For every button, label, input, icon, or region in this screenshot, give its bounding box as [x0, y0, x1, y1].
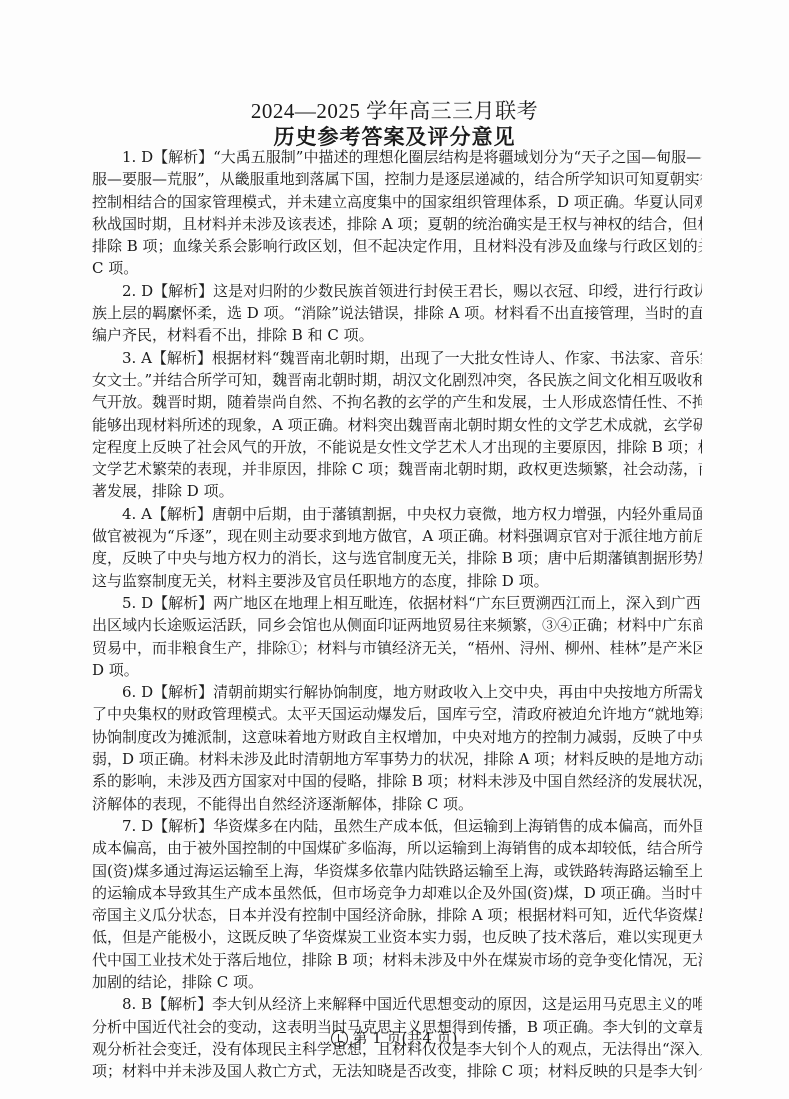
answer-text-line: 的运输成本导致其生产成本虽然低，但市场竞争力却难以企及外国(资)煤，D 项正确。…: [92, 882, 702, 904]
answer-text-line: 定程度上反映了社会风气的开放，不能说是女性文学艺术人才出现的主要原因，排除 B …: [92, 436, 702, 458]
answer-item: 3. A【解析】根据材料“魏晋南北朝时期，出现了一大批女性诗人、作家、书法家、音…: [92, 347, 702, 503]
answer-text-line: 低，但是产能极小，这既反映了华资煤炭工业资本实力弱，也反映了技术落后，难以实现更…: [92, 926, 702, 948]
answer-text-line: 著发展，排除 D 项。: [92, 480, 702, 502]
answer-heading-line: 4. A【解析】唐朝中后期，由于藩镇割据，中央权力衰微，地方权力增强，内轻外重局…: [92, 503, 702, 525]
answer-item: 6. D【解析】清朝前期实行解协饷制度，地方财政收入上交中央，再由中央按地方所需…: [92, 681, 702, 815]
answer-text-line: 编户齐民，材料看不出，排除 B 和 C 项。: [92, 324, 702, 346]
answer-heading-line: 6. D【解析】清朝前期实行解协饷制度，地方财政收入上交中央，再由中央按地方所需…: [92, 681, 702, 703]
answer-text-line: 济解体的表现，不能得出自然经济逐渐解体，排除 C 项。: [92, 793, 702, 815]
answer-body: 1. D【解析】“大禹五服制”中描述的理想化圈层结构是将疆域划分为“天子之国—甸…: [92, 146, 702, 1082]
answer-heading-line: 2. D【解析】这是对归附的少数民族首领进行封侯王君长，赐以衣冠、印绶，进行行政…: [92, 280, 702, 302]
answer-text-line: 排除 B 项；血缘关系会影响行政区划，但不起决定作用，且材料没有涉及血缘与行政区…: [92, 235, 702, 257]
answer-text-line: 帝国主义瓜分状态，日本并没有控制中国经济命脉，排除 A 项；根据材料可知，近代华…: [92, 904, 702, 926]
answer-text-line: 出区域内长途贩运活跃，同乡会馆也从侧面印证两地贸易往来频繁，③④正确；材料中广东…: [92, 614, 702, 636]
document-page: 2024—2025 学年高三三月联考 历史参考答案及评分意见 1. D【解析】“…: [0, 0, 789, 1099]
answer-text-line: 代中国工业技术处于落后地位，排除 B 项；材料未涉及中外在煤炭市场的竞争变化情况…: [92, 949, 702, 971]
answer-text-line: 做官被视为“斥逐”，现在则主动要求到地方做官，A 项正确。材料强调京官对于派往地…: [92, 525, 702, 547]
answer-text-line: 控制相结合的国家管理模式，并未建立高度集中的国家组织管理体系，D 项正确。华夏认…: [92, 191, 702, 213]
answer-text-line: 协饷制度改为摊派制，这意味着地方财政自主权增加，中央对地方的控制力减弱，反映了中…: [92, 726, 702, 748]
answer-heading-line: 8. B【解析】李大钊从经济上来解释中国近代思想变动的原因，这是运用马克思主义的…: [92, 993, 702, 1015]
answer-heading-line: 5. D【解析】两广地区在地理上相互毗连，依据材料“广东巨贾溯西江而上，深入到广…: [92, 592, 702, 614]
answer-text-line: 贸易中，而非粮食生产，排除①；材料与市镇经济无关，“梧州、浔州、柳州、桂林”是产…: [92, 637, 702, 659]
answer-text-line: 文学艺术繁荣的表现，并非原因，排除 C 项；魏晋南北朝时期，政权更迭频繁，社会动…: [92, 458, 702, 480]
answer-text-line: C 项。: [92, 257, 702, 279]
answer-text-line: 系的影响，未涉及西方国家对中国的侵略，排除 B 项；材料未涉及中国自然经济的发展…: [92, 770, 702, 792]
answer-text-line: 秋战国时期，且材料并未涉及该表述，排除 A 项；夏朝的统治确实是王权与神权的结合…: [92, 213, 702, 235]
answer-heading-line: 1. D【解析】“大禹五服制”中描述的理想化圈层结构是将疆域划分为“天子之国—甸…: [92, 146, 702, 168]
answer-text-line: 了中央集权的财政管理模式。太平天国运动爆发后，国库亏空，清政府被迫允许地方“就地…: [92, 703, 702, 725]
answer-text-line: 气开放。魏晋时期，随着崇尚自然、不拘名教的玄学的产生和发展，士人形成恣情任性、不…: [92, 391, 702, 413]
answer-text-line: 服—要服—荒服”，从畿服重地到落属下国，控制力是逐层递减的，结合所学知识可知夏朝…: [92, 168, 702, 190]
answer-text-line: 能够出现材料所述的现象，A 项正确。材料突出魏晋南北朝时期女性的文学艺术成就，玄…: [92, 414, 702, 436]
page-footer: L第 1 页(共4 页): [0, 1027, 789, 1048]
answer-text-line: 度，反映了中央与地方权力的消长，这与选官制度无关，排除 B 项；唐中后期藩镇割据…: [92, 547, 702, 569]
answer-text-line: 国(资)煤多通过海运运输至上海，华资煤多依靠内陆铁路运输至上海，或铁路转海路运输…: [92, 860, 702, 882]
answer-text-line: D 项。: [92, 659, 702, 681]
answer-text-line: 女文士。”并结合所学可知，魏晋南北朝时期，胡汉文化剧烈冲突，各民族之间文化相互吸…: [92, 369, 702, 391]
answer-heading-line: 3. A【解析】根据材料“魏晋南北朝时期，出现了一大批女性诗人、作家、书法家、音…: [92, 347, 702, 369]
answer-item: 5. D【解析】两广地区在地理上相互毗连，依据材料“广东巨贾溯西江而上，深入到广…: [92, 592, 702, 681]
answer-text-line: 项；材料中并未涉及国人救亡方式，无法知晓是否改变，排除 C 项；材料反映的只是李…: [92, 1060, 702, 1082]
answer-text-line: 成本偏高，由于被外国控制的中国煤矿多临海，所以运输到上海销售的成本却较低，结合所…: [92, 837, 702, 859]
answer-text-line: 加剧的结论，排除 C 项。: [92, 971, 702, 993]
answer-text-line: 这与监察制度无关，材料主要涉及官员任职地方的态度，排除 D 项。: [92, 570, 702, 592]
answer-item: 1. D【解析】“大禹五服制”中描述的理想化圈层结构是将疆域划分为“天子之国—甸…: [92, 146, 702, 280]
circled-letter-icon: L: [331, 1030, 348, 1047]
answer-text-line: 族上层的羁縻怀柔，选 D 项。“消除”说法错误，排除 A 项。材料看不出直接管理…: [92, 302, 702, 324]
answer-text-line: 弱，D 项正确。材料未涉及此时清朝地方军事势力的状况，排除 A 项；材料反映的是…: [92, 748, 702, 770]
answer-item: 2. D【解析】这是对归附的少数民族首领进行封侯王君长，赐以衣冠、印绶，进行行政…: [92, 280, 702, 347]
answer-item: 4. A【解析】唐朝中后期，由于藩镇割据，中央权力衰微，地方权力增强，内轻外重局…: [92, 503, 702, 592]
answer-heading-line: 7. D【解析】华资煤多在内陆，虽然生产成本低，但运输到上海销售的成本偏高，而外…: [92, 815, 702, 837]
page-number: 第 1 页(共4 页): [352, 1029, 457, 1047]
answer-item: 7. D【解析】华资煤多在内陆，虽然生产成本低，但运输到上海销售的成本偏高，而外…: [92, 815, 702, 993]
